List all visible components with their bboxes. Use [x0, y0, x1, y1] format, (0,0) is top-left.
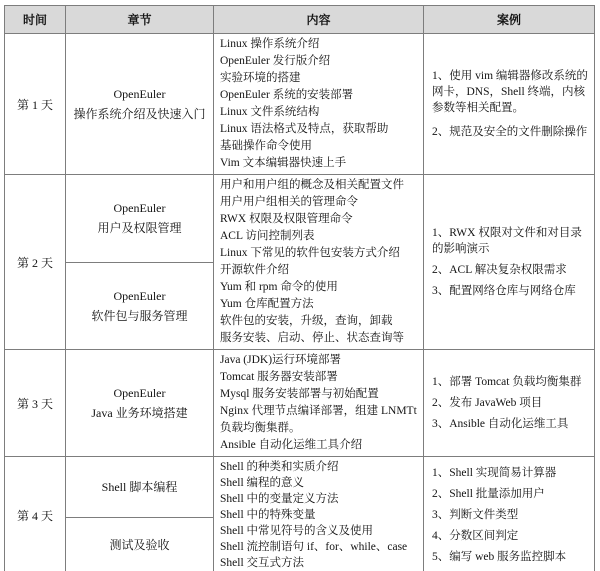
- content-line: Java (JDK)运行环境部署: [220, 352, 419, 369]
- day2-chapter-cell-2: OpenEuler 软件包与服务管理: [66, 262, 214, 350]
- case-item: 4、分数区间判定: [432, 528, 590, 544]
- day2-time-cell: 第 2 天: [5, 175, 66, 350]
- content-line: Yum 仓库配置方法: [220, 296, 419, 313]
- content-line: Mysql 服务安装部署与初始配置: [220, 386, 419, 403]
- case-item: 1、RWX 权限对文件和对目录的影响演示: [432, 225, 590, 257]
- content-line: Linux 语法格式及特点，获取帮助: [220, 121, 419, 138]
- header-cell-content: 内容: [214, 6, 424, 34]
- day3-case-cell: 1、部署 Tomcat 负载均衡集群 2、发布 JavaWeb 项目 3、Ans…: [424, 350, 595, 457]
- header-cell-chapter: 章节: [66, 6, 214, 34]
- day4-time-cell: 第 4 天: [5, 457, 66, 571]
- content-line: OpenEuler 发行版介绍: [220, 53, 419, 70]
- content-line: Shell 的种类和实质介绍: [220, 459, 419, 475]
- content-line: RWX 权限及权限管理命令: [220, 211, 419, 228]
- chapter-line: OpenEuler: [68, 286, 211, 306]
- case-item: 3、判断文件类型: [432, 507, 590, 523]
- day1-case-cell: 1、使用 vim 编辑器修改系统的网卡，DNS，Shell 终端，内核参数等相关…: [424, 34, 595, 175]
- chapter-line: 软件包与服务管理: [68, 306, 211, 326]
- chapter-line: 测试及验收: [68, 535, 211, 555]
- content-line: Shell 中的变量定义方法: [220, 491, 419, 507]
- content-line: Vim 文本编辑器快速上手: [220, 155, 419, 172]
- content-line: Nginx 代理节点编译部署，组建 LNMTt 负载均衡集群。: [220, 403, 419, 437]
- content-line: 基础操作命令使用: [220, 138, 419, 155]
- day3-time-cell: 第 3 天: [5, 350, 66, 457]
- content-line: 用户和用户组的概念及相关配置文件: [220, 177, 419, 194]
- chapter-line: OpenEuler: [68, 383, 211, 403]
- day1-row: 第 1 天 OpenEuler 操作系统介绍及快速入门 Linux 操作系统介绍…: [5, 34, 595, 175]
- chapter-line: Shell 脚本编程: [68, 477, 211, 497]
- header-row: 时间 章节 内容 案例: [5, 6, 595, 34]
- header-cell-case: 案例: [424, 6, 595, 34]
- day4-content-cell: Shell 的种类和实质介绍 Shell 编程的意义 Shell 中的变量定义方…: [214, 457, 424, 571]
- case-item: 1、Shell 实现简易计算器: [432, 465, 590, 481]
- content-line: Shell 编程的意义: [220, 475, 419, 491]
- day2-content-cell: 用户和用户组的概念及相关配置文件 用户用户组相关的管理命令 RWX 权限及权限管…: [214, 175, 424, 350]
- day1-time-cell: 第 1 天: [5, 34, 66, 175]
- content-line: 开源软件介绍: [220, 262, 419, 279]
- content-line: 服务安装、启动、停止、状态查询等: [220, 330, 419, 347]
- content-line: Linux 操作系统介绍: [220, 36, 419, 53]
- content-line: Shell 中的特殊变量: [220, 507, 419, 523]
- course-schedule-table: 时间 章节 内容 案例 第 1 天 OpenEuler 操作系统介绍及快速入门 …: [4, 5, 595, 571]
- day2-case-cell: 1、RWX 权限对文件和对目录的影响演示 2、ACL 解决复杂权限需求 3、配置…: [424, 175, 595, 350]
- day3-content-cell: Java (JDK)运行环境部署 Tomcat 服务器安装部署 Mysql 服务…: [214, 350, 424, 457]
- day3-row: 第 3 天 OpenEuler Java 业务环境搭建 Java (JDK)运行…: [5, 350, 595, 457]
- chapter-line: 用户及权限管理: [68, 218, 211, 238]
- case-item: 3、Ansible 自动化运维工具: [432, 416, 590, 432]
- day2-row-a: 第 2 天 OpenEuler 用户及权限管理 用户和用户组的概念及相关配置文件…: [5, 175, 595, 263]
- content-line: Linux 文件系统结构: [220, 104, 419, 121]
- case-item: 2、ACL 解决复杂权限需求: [432, 262, 590, 278]
- header-cell-time: 时间: [5, 6, 66, 34]
- content-line: 软件包的安装，升级，查询，卸载: [220, 313, 419, 330]
- day4-chapter-cell-2: 测试及验收: [66, 517, 214, 571]
- case-item: 5、编写 web 服务监控脚本: [432, 549, 590, 565]
- day3-chapter-cell: OpenEuler Java 业务环境搭建: [66, 350, 214, 457]
- content-line: Yum 和 rpm 命令的使用: [220, 279, 419, 296]
- chapter-line: 操作系统介绍及快速入门: [68, 104, 211, 124]
- content-line: 实验环境的搭建: [220, 70, 419, 87]
- chapter-line: OpenEuler: [68, 84, 211, 104]
- day4-case-cell: 1、Shell 实现简易计算器 2、Shell 批量添加用户 3、判断文件类型 …: [424, 457, 595, 571]
- content-line: Shell 流控制语句 if、for、while、case: [220, 539, 419, 555]
- content-line: ACL 访问控制列表: [220, 228, 419, 245]
- case-item: 1、部署 Tomcat 负载均衡集群: [432, 374, 590, 390]
- content-line: Linux 下常见的软件包安装方式介绍: [220, 245, 419, 262]
- day4-row-a: 第 4 天 Shell 脚本编程 Shell 的种类和实质介绍 Shell 编程…: [5, 457, 595, 518]
- case-item: 3、配置网络仓库与网络仓库: [432, 283, 590, 299]
- case-item: 2、Shell 批量添加用户: [432, 486, 590, 502]
- case-item: 1、使用 vim 编辑器修改系统的网卡，DNS，Shell 终端，内核参数等相关…: [432, 68, 590, 116]
- chapter-line: OpenEuler: [68, 198, 211, 218]
- content-line: Tomcat 服务器安装部署: [220, 369, 419, 386]
- content-line: OpenEuler 系统的安装部署: [220, 87, 419, 104]
- chapter-line: Java 业务环境搭建: [68, 403, 211, 423]
- course-schedule-page: 时间 章节 内容 案例 第 1 天 OpenEuler 操作系统介绍及快速入门 …: [0, 0, 600, 571]
- day2-chapter-cell-1: OpenEuler 用户及权限管理: [66, 175, 214, 263]
- day4-chapter-cell-1: Shell 脚本编程: [66, 457, 214, 518]
- content-line: 用户用户组相关的管理命令: [220, 194, 419, 211]
- case-item: 2、规范及安全的文件删除操作: [432, 124, 590, 140]
- day1-content-cell: Linux 操作系统介绍 OpenEuler 发行版介绍 实验环境的搭建 Ope…: [214, 34, 424, 175]
- case-item: 2、发布 JavaWeb 项目: [432, 395, 590, 411]
- day1-chapter-cell: OpenEuler 操作系统介绍及快速入门: [66, 34, 214, 175]
- content-line: Ansible 自动化运维工具介绍: [220, 437, 419, 454]
- content-line: Shell 交互式方法: [220, 555, 419, 571]
- content-line: Shell 中常见符号的含义及使用: [220, 523, 419, 539]
